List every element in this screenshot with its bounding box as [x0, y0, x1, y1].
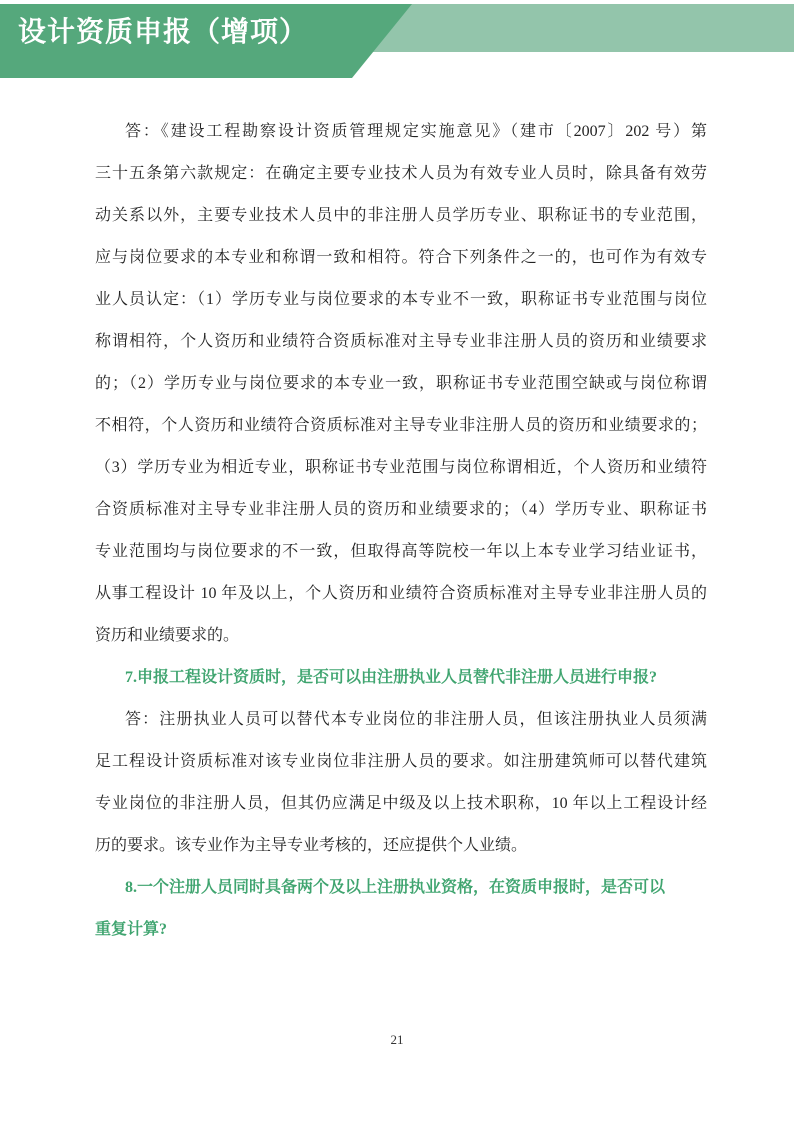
- paragraph-answer-2: 答：注册执业人员可以替代本专业岗位的非注册人员，但该注册执业人员须满 足工程设计…: [95, 699, 707, 867]
- question-7: 7.申报工程设计资质时，是否可以由注册执业人员替代非注册人员进行申报?: [95, 657, 707, 699]
- paragraph-line: 历的要求。该专业作为主导专业考核的，还应提供个人业绩。: [95, 825, 707, 867]
- paragraph-line: 答：注册执业人员可以替代本专业岗位的非注册人员，但该注册执业人员须满: [95, 699, 707, 741]
- paragraph-line: 从事工程设计 10 年及以上，个人资历和业绩符合资质标准对主导专业非注册人员的: [95, 573, 707, 615]
- page-number: 21: [0, 1032, 794, 1048]
- paragraph-line: 三十五条第六款规定：在确定主要专业技术人员为有效专业人员时，除具备有效劳: [95, 153, 707, 195]
- document-body: 答：《建设工程勘察设计资质管理规定实施意见》（建市〔2007〕202 号）第 三…: [95, 111, 707, 951]
- paragraph-line: 的；（2）学历专业与岗位要求的本专业一致，职称证书专业范围空缺或与岗位称谓: [95, 363, 707, 405]
- paragraph-line: 合资质标准对主导专业非注册人员的资历和业绩要求的；（4）学历专业、职称证书: [95, 489, 707, 531]
- paragraph-line: （3）学历专业为相近专业，职称证书专业范围与岗位称谓相近，个人资历和业绩符: [95, 447, 707, 489]
- paragraph-line: 重复计算?: [95, 909, 707, 951]
- paragraph-line: 8.一个注册人员同时具备两个及以上注册执业资格，在资质申报时，是否可以: [95, 867, 707, 909]
- paragraph-line: 业人员认定：（1）学历专业与岗位要求的本专业不一致，职称证书专业范围与岗位: [95, 279, 707, 321]
- question-8: 8.一个注册人员同时具备两个及以上注册执业资格，在资质申报时，是否可以 重复计算…: [95, 867, 707, 951]
- paragraph-line: 答：《建设工程勘察设计资质管理规定实施意见》（建市〔2007〕202 号）第: [95, 111, 707, 153]
- paragraph-line: 专业范围均与岗位要求的不一致，但取得高等院校一年以上本专业学习结业证书，: [95, 531, 707, 573]
- paragraph-line: 不相符，个人资历和业绩符合资质标准对主导专业非注册人员的资历和业绩要求的；: [95, 405, 707, 447]
- paragraph-line: 动关系以外，主要专业技术人员中的非注册人员学历专业、职称证书的专业范围，: [95, 195, 707, 237]
- paragraph-line: 足工程设计资质标准对该专业岗位非注册人员的要求。如注册建筑师可以替代建筑: [95, 741, 707, 783]
- document-page: 设计资质申报（增项） 答：《建设工程勘察设计资质管理规定实施意见》（建市〔200…: [0, 0, 794, 1123]
- paragraph-answer-1: 答：《建设工程勘察设计资质管理规定实施意见》（建市〔2007〕202 号）第 三…: [95, 111, 707, 657]
- paragraph-line: 专业岗位的非注册人员，但其仍应满足中级及以上技术职称，10 年以上工程设计经: [95, 783, 707, 825]
- paragraph-line: 应与岗位要求的本专业和称谓一致和相符。符合下列条件之一的，也可作为有效专: [95, 237, 707, 279]
- paragraph-line: 称谓相符，个人资历和业绩符合资质标准对主导专业非注册人员的资历和业绩要求: [95, 321, 707, 363]
- page-title: 设计资质申报（增项）: [18, 16, 308, 48]
- paragraph-line: 资历和业绩要求的。: [95, 615, 707, 657]
